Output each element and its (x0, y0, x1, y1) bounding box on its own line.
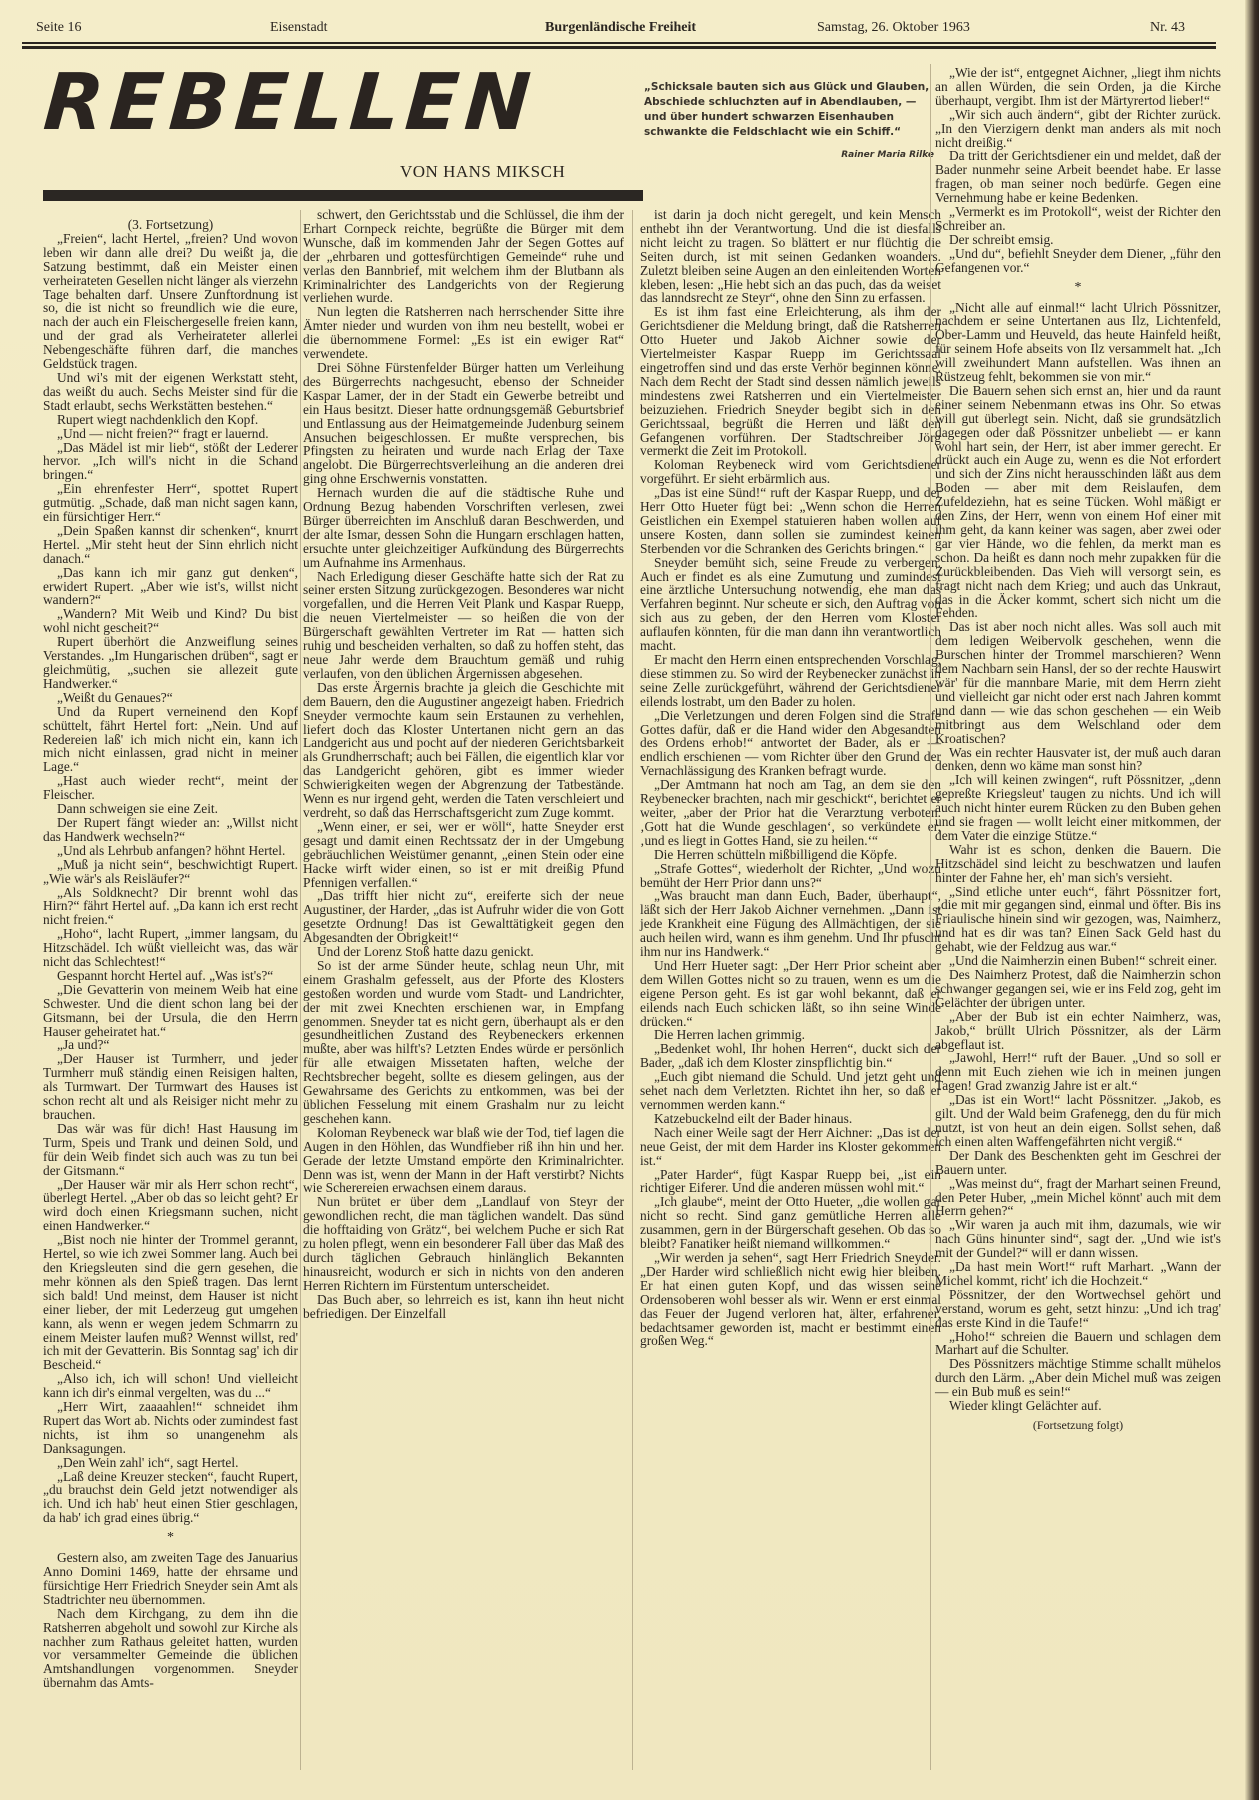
paragraph: „Ein ehrenfester Herr“, spottet Rupert g… (43, 482, 298, 524)
article-byline: VON HANS MIKSCH (400, 162, 565, 182)
column-divider (632, 210, 633, 1770)
paragraph: Das ist aber noch nicht alles. Was soll … (935, 620, 1221, 745)
paragraph: „Hast auch wieder recht“, meint der Flei… (43, 774, 298, 802)
issue-number: Nr. 43 (1150, 20, 1185, 36)
paragraph: „Hoho“, lacht Rupert, „immer langsam, du… (43, 927, 298, 969)
paragraph: Drei Söhne Fürstenfelder Bürger hatten u… (303, 361, 624, 486)
title-underline-bar (43, 190, 643, 201)
paragraph: „Pater Harder“, fügt Kaspar Ruepp bei, „… (640, 1168, 941, 1196)
paragraph: Gespannt horcht Hertel auf. „Was ist's?“ (43, 969, 298, 983)
paragraph: „Weißt du Genaues?“ (43, 691, 298, 705)
paragraph: „Die Gevatterin von meinem Weib hat eine… (43, 983, 298, 1039)
epigraph: „Schicksale bauten sich aus Glück und Gl… (644, 80, 934, 163)
paragraph: Es ist ihm fast eine Erleichterung, als … (640, 305, 941, 458)
paragraph: „Nicht alle auf einmal!“ lacht Ulrich Pö… (935, 301, 1221, 384)
paragraph: „Und — nicht freien?“ fragt er lauernd. (43, 427, 298, 441)
paragraph: „Was braucht man dann Euch, Bader, überh… (640, 889, 941, 959)
paragraph: „Strafe Gottes“, wiederholt der Richter,… (640, 862, 941, 890)
paragraph: „Der Hauser ist Turmherr, und jeder Turm… (43, 1052, 298, 1122)
article-title: REBELLEN (41, 58, 539, 148)
paragraph: Der Rupert fängt wieder an: „Willst nich… (43, 816, 298, 844)
paragraph: „Den Wein zahl' ich“, sagt Hertel. (43, 1456, 298, 1470)
paragraph: „Und die Naimherzin einen Buben!“ schrei… (935, 954, 1221, 968)
paragraph: ist darin ja doch nicht geregelt, und ke… (640, 208, 941, 305)
paragraph: Und da Rupert verneinend den Kopf schütt… (43, 705, 298, 775)
paragraph: „Der Amtmann hat noch am Tag, an dem sie… (640, 778, 941, 848)
paragraph: Das erste Ärgernis brachte ja gleich die… (303, 681, 624, 820)
paragraph: Wahr ist es schon, denken die Bauern. Di… (935, 843, 1221, 885)
paragraph: „Hoho!“ schreien die Bauern und schlagen… (935, 1330, 1221, 1358)
paragraph: „Dein Spaßen kannst dir schenken“, knurr… (43, 524, 298, 566)
paragraph: Koloman Reybeneck wird vom Gerichtsdiene… (640, 458, 941, 486)
paragraph: „Und als Lehrbub anfangen? höhnt Hertel. (43, 844, 298, 858)
paragraph: Rupert wiegt nachdenklich den Kopf. (43, 413, 298, 427)
article-column-3: ist darin ja doch nicht geregelt, und ke… (640, 208, 941, 1348)
paragraph: Katzebuckelnd eilt der Bader hinaus. (640, 1112, 941, 1126)
paragraph: „Ich glaube“, meint der Otto Hueter, „di… (640, 1195, 941, 1251)
paragraph: „Die Verletzungen und deren Folgen sind … (640, 709, 941, 779)
epigraph-line: schwankte die Feldschlacht wie ein Schif… (644, 125, 934, 140)
paragraph: „Euch gibt niemand die Schuld. Und jetzt… (640, 1070, 941, 1112)
paragraph: Koloman Reybeneck war blaß wie der Tod, … (303, 1126, 624, 1196)
masthead-rule-thick (22, 46, 1216, 49)
paragraph: Nun legten die Ratsherren nach herrschen… (303, 305, 624, 361)
paragraph: „Vermerkt es im Protokoll“, weist der Ri… (935, 205, 1221, 233)
paragraph: „Bedenket wohl, Ihr hohen Herren“, duckt… (640, 1042, 941, 1070)
article-column-4: „Wie der ist“, entgegnet Aichner, „liegt… (935, 66, 1221, 1433)
paragraph: Dann schweigen sie eine Zeit. (43, 802, 298, 816)
paragraph: Und der Lorenz Stoß hatte dazu genickt. (303, 945, 624, 959)
paragraph: „Da hast mein Wort!“ ruft Marhart. „Wann… (935, 1260, 1221, 1288)
paragraph: „Das Mädel ist mir lieb“, stößt der Lede… (43, 441, 298, 483)
column-divider (300, 210, 301, 1770)
paragraph: Sneyder bemüht sich, seine Freude zu ver… (640, 556, 941, 653)
paragraph: Die Herren schütteln mißbilligend die Kö… (640, 848, 941, 862)
paragraph: Nach Erledigung dieser Geschäfte hatte s… (303, 570, 624, 681)
paragraph: Da tritt der Gerichtsdiener ein und meld… (935, 149, 1221, 205)
paragraph: „Wir sich auch ändern“, gibt der Richter… (935, 108, 1221, 150)
page-edge-shadow (1245, 0, 1259, 1800)
paragraph: „Und du“, befiehlt Sneyder dem Diener, „… (935, 247, 1221, 275)
paragraph: Gestern also, am zweiten Tage des Januar… (43, 1551, 298, 1607)
article-column-2: schwert, den Gerichtsstab und die Schlüs… (303, 208, 624, 1321)
paragraph: So ist der arme Sünder heute, schlag neu… (303, 959, 624, 1126)
paragraph: „Muß ja nicht sein“, beschwichtigt Ruper… (43, 858, 298, 886)
masthead-city: Eisenstadt (270, 20, 328, 36)
issue-date: Samstag, 26. Oktober 1963 (817, 20, 970, 36)
paragraph: Wieder klingt Gelächter auf. (935, 1399, 1221, 1413)
newspaper-page: Seite 16 Eisenstadt Burgenländische Frei… (0, 0, 1259, 1800)
continuation-note: (Fortsetzung folgt) (935, 1419, 1221, 1433)
paragraph: Hernach wurden die auf die städtische Ru… (303, 486, 624, 569)
paragraph: Das wär was für dich! Hast Hausung im Tu… (43, 1122, 298, 1178)
section-separator: * (935, 281, 1221, 295)
paragraph: „Laß deine Kreuzer stecken“, faucht Rupe… (43, 1470, 298, 1526)
masthead-rule (22, 42, 1216, 44)
paragraph: Die Herren lachen grimmig. (640, 1028, 941, 1042)
masthead: Seite 16 Eisenstadt Burgenländische Frei… (20, 14, 1235, 40)
paragraph: „Das trifft hier nicht zu“, ereiferte si… (303, 889, 624, 945)
paragraph: Und wi's mit der eigenen Werkstatt steht… (43, 371, 298, 413)
epigraph-line: Abschiede schluchzten auf in Abendlauben… (644, 95, 934, 110)
paragraph: schwert, den Gerichtsstab und die Schlüs… (303, 208, 624, 305)
paragraph: „Der Hauser wär mir als Herr schon recht… (43, 1178, 298, 1234)
paragraph: „Wir werden ja sehen“, sagt Herr Friedri… (640, 1251, 941, 1348)
paragraph: Nun brütet er über dem „Landlauf von Ste… (303, 1195, 624, 1292)
paragraph: „Das ist eine Sünd!“ ruft der Kaspar Rue… (640, 486, 941, 556)
paragraph: „Aber der Bub ist ein echter Naimherz, w… (935, 1010, 1221, 1052)
paragraph: „Wie der ist“, entgegnet Aichner, „liegt… (935, 66, 1221, 108)
epigraph-line: „Schicksale bauten sich aus Glück und Gl… (644, 80, 934, 95)
paragraph: „Jawohl, Herr!“ ruft der Bauer. „Und so … (935, 1051, 1221, 1093)
paragraph: Nach dem Kirchgang, zu dem ihn die Ratsh… (43, 1607, 298, 1690)
paragraph: „Was meinst du“, fragt der Marhart seine… (935, 1177, 1221, 1219)
installment-label: (3. Fortsetzung) (43, 218, 298, 232)
article-column-1: (3. Fortsetzung) „Freien“, lacht Hertel,… (43, 218, 298, 1690)
paragraph: Des Naimherz Protest, daß die Naimherzin… (935, 968, 1221, 1010)
page-number: Seite 16 (36, 20, 82, 36)
paragraph: Der Dank des Beschenkten geht im Geschre… (935, 1149, 1221, 1177)
paragraph: „Wandern? Mit Weib und Kind? Du bist woh… (43, 607, 298, 635)
paragraph: „Freien“, lacht Hertel, „freien? Und wov… (43, 232, 298, 371)
paragraph: Das Buch aber, so lehrreich es ist, kann… (303, 1293, 624, 1321)
paragraph: Und Herr Hueter sagt: „Der Herr Prior sc… (640, 959, 941, 1029)
paragraph: „Ja und?“ (43, 1038, 298, 1052)
paragraph: „Sind etliche unter euch“, fährt Pössnit… (935, 885, 1221, 955)
paragraph: „Wenn einer, er sei, wer er wöll“, hatte… (303, 820, 624, 890)
paragraph: Des Pössnitzers mächtige Stimme schallt … (935, 1357, 1221, 1399)
paragraph: Der schreibt emsig. (935, 233, 1221, 247)
paragraph: Nach einer Weile sagt der Herr Aichner: … (640, 1126, 941, 1168)
paragraph: Er macht den Herrn einen entsprechenden … (640, 653, 941, 709)
epigraph-line: und über hundert schwarzen Eisenhauben (644, 110, 934, 125)
paragraph: „Das ist ein Wort!“ lacht Pössnitzer. „J… (935, 1093, 1221, 1149)
paragraph: Pössnitzer, der den Wortwechsel gehört u… (935, 1288, 1221, 1330)
section-separator: * (43, 1531, 298, 1545)
paragraph: „Herr Wirt, zaaaahlen!“ schneidet ihm Ru… (43, 1400, 298, 1456)
paragraph: „Als Soldknecht? Dir brennt wohl das Hir… (43, 886, 298, 928)
paragraph: „Das kann ich mir ganz gut denken“, erwi… (43, 566, 298, 608)
paragraph: „Also ich, ich will schon! Und vielleich… (43, 1372, 298, 1400)
paragraph: Die Bauern sehen sich ernst an, hier und… (935, 384, 1221, 620)
paragraph: Rupert überhört die Anzweiflung seines V… (43, 635, 298, 691)
paragraph: „Bist noch nie hinter der Trommel gerann… (43, 1233, 298, 1372)
newspaper-name: Burgenländische Freiheit (545, 20, 696, 36)
epigraph-author: Rainer Maria Rilke (644, 148, 934, 163)
paragraph: „Ich will keinen zwingen“, ruft Pössnitz… (935, 773, 1221, 843)
paragraph: „Wir waren ja auch mit ihm, dazumals, wi… (935, 1218, 1221, 1260)
paragraph: Was ein rechter Hausvater ist, der muß a… (935, 746, 1221, 774)
column-divider (930, 64, 931, 1770)
